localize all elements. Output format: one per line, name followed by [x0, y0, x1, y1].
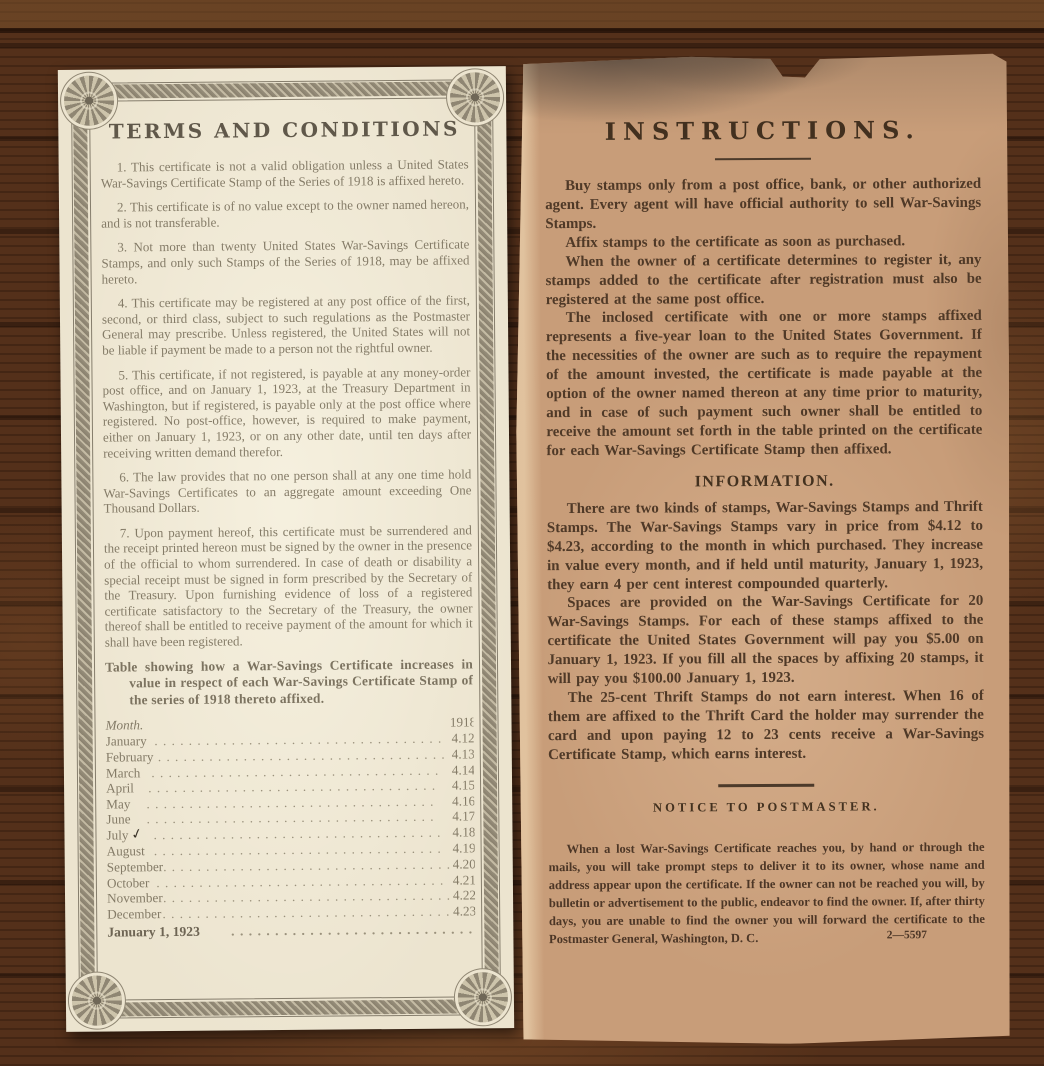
corner-rosette-ornament: [64, 75, 114, 125]
terms-paragraph: 2. This certificate is of no value excep…: [101, 197, 469, 231]
terms-paragraph: 6. The law provides that no one person s…: [103, 466, 471, 516]
certificate-terms-document: TERMS AND CONDITIONS 1. This certificate…: [58, 66, 514, 1032]
terms-title: TERMS AND CONDITIONS: [100, 116, 468, 143]
section-divider-rule: [718, 783, 814, 787]
month-label: January: [106, 734, 147, 750]
terms-paragraph: 7. Upon payment hereof, this certificate…: [104, 522, 473, 650]
instructions-paragraph: When the owner of a certificate determin…: [545, 251, 981, 310]
terms-paragraphs: 1. This certificate is not a valid oblig…: [101, 156, 473, 650]
information-paragraph: Spaces are provided on the War-Savings C…: [547, 592, 983, 689]
value-cell: 4.16: [450, 793, 475, 809]
terms-content: TERMS AND CONDITIONS 1. This certificate…: [100, 116, 476, 995]
maturity-date-label: January 1, 1923: [107, 924, 200, 941]
value-cell: 4.14: [450, 762, 476, 778]
month-label: June: [106, 812, 130, 828]
corner-rosette-ornament: [450, 72, 500, 122]
wood-table-background: TERMS AND CONDITIONS 1. This certificate…: [0, 0, 1044, 1066]
terms-paragraph: 1. This certificate is not a valid oblig…: [101, 156, 469, 190]
dotted-leader: [161, 903, 451, 921]
value-cell: 4.12: [450, 731, 476, 747]
value-cell: 4.17: [451, 809, 476, 825]
value-cell: 4.20: [451, 856, 476, 872]
information-paragraphs: There are two kinds of stamps, War-Savin…: [547, 498, 984, 765]
title-divider-rule: [715, 158, 811, 161]
month-label: March: [106, 765, 141, 781]
value-cell: 4.21: [451, 872, 476, 888]
month-label: July: [106, 827, 128, 843]
instructions-content: INSTRUCTIONS. Buy stamps only from a pos…: [545, 115, 986, 1027]
value-table-caption: Table showing how a War-Savings Certific…: [105, 656, 473, 709]
month-label: February: [106, 749, 154, 765]
instructions-paragraph: The inclosed certificate with one or mor…: [546, 307, 983, 461]
table-row: December4.234.354.474.594.71: [107, 902, 476, 922]
instructions-title: INSTRUCTIONS.: [545, 115, 981, 146]
value-cell: 4.13: [450, 746, 476, 762]
terms-paragraph: 3. Not more than twenty United States Wa…: [101, 237, 469, 287]
value-cell: 4.18: [451, 824, 476, 841]
month-label: October: [107, 875, 150, 891]
value-cell: 4.15: [450, 778, 476, 794]
value-table: Month.19181919192019211922 January4.124.…: [105, 713, 475, 941]
information-heading: INFORMATION.: [547, 472, 983, 492]
month-label: April: [106, 781, 134, 797]
value-table-body: January4.124.244.364.484.60February4.134…: [106, 730, 476, 922]
column-header: 1918: [450, 714, 476, 731]
terms-paragraph: 5. This certificate, if not registered, …: [102, 364, 471, 461]
handwritten-checkmark: ✓: [129, 825, 144, 844]
instructions-paragraph: Buy stamps only from a post office, bank…: [545, 175, 981, 234]
value-cell: 4.19: [451, 841, 476, 857]
terms-paragraph: 4. This certificate may be registered at…: [102, 293, 471, 359]
month-label: May: [106, 796, 130, 812]
notice-to-postmaster-heading: NOTICE TO POSTMASTER.: [548, 799, 984, 816]
month-label: August: [107, 844, 145, 860]
value-cell: 4.22: [451, 888, 476, 904]
instructions-paragraphs: Buy stamps only from a post office, bank…: [545, 175, 982, 461]
instructions-paragraph: Affix stamps to the certificate as soon …: [545, 232, 981, 253]
dotted-leader: [200, 921, 476, 940]
month-label: December: [107, 906, 161, 922]
month-label: November: [107, 890, 163, 906]
month-label: September: [107, 859, 164, 875]
value-cell: 4.23: [451, 903, 475, 919]
information-paragraph: The 25-cent Thrift Stamps do not earn in…: [548, 687, 984, 765]
instructions-envelope: INSTRUCTIONS. Buy stamps only from a pos…: [513, 53, 1012, 1046]
information-paragraph: There are two kinds of stamps, War-Savin…: [547, 498, 983, 595]
dotted-leader: [144, 824, 451, 842]
